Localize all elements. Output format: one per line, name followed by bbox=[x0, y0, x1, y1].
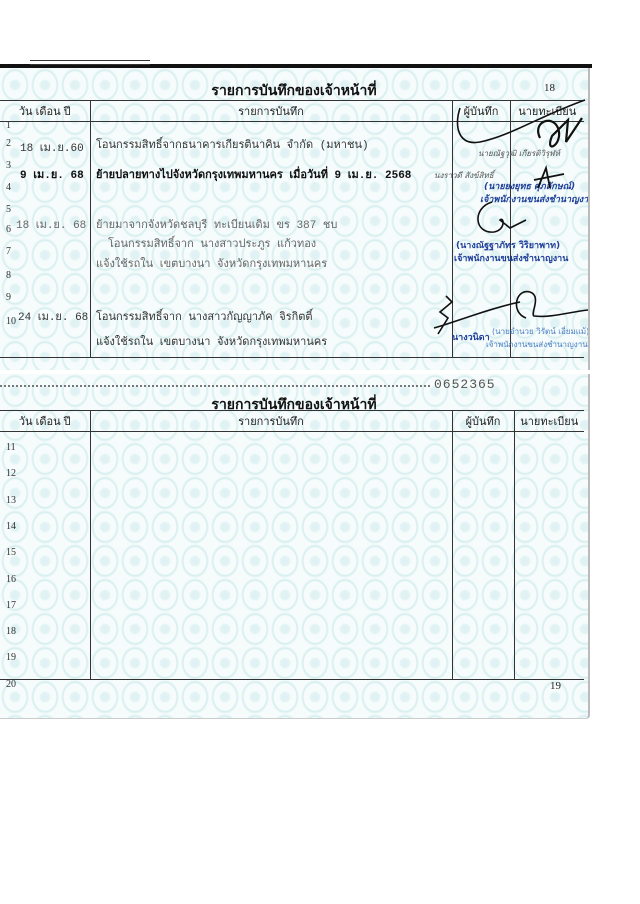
row-number: 17 bbox=[6, 600, 16, 611]
row-number: 13 bbox=[6, 495, 16, 506]
signature-2 bbox=[530, 166, 570, 196]
row-number: 6 bbox=[6, 224, 11, 235]
row-number: 12 bbox=[6, 468, 16, 479]
serial-number: 0652365 bbox=[434, 377, 496, 392]
row-number: 7 bbox=[6, 246, 11, 257]
row-number: 16 bbox=[6, 574, 16, 585]
signature-4 bbox=[430, 288, 590, 338]
entry-text: ย้ายมาจากจังหวัดชลบุรี ทะเบียนเดิม ขร 38… bbox=[96, 215, 337, 233]
row-number: 5 bbox=[6, 204, 11, 215]
page-number: 18 bbox=[544, 82, 555, 94]
entry-date: 18 เม.ย.60 bbox=[20, 138, 84, 156]
col-entry: รายการบันทึก bbox=[90, 101, 452, 122]
row-number: 14 bbox=[6, 521, 16, 532]
col-entry: รายการบันทึก bbox=[90, 411, 452, 432]
row-number: 10 bbox=[6, 316, 16, 327]
page-tab bbox=[30, 60, 150, 65]
entry-text: โอนกรรมสิทธิ์จาก นางสาวกัญญาภัค จิรกิตติ… bbox=[96, 307, 313, 325]
row-number: 9 bbox=[6, 292, 11, 303]
record-table: วัน เดือน ปี รายการบันทึก ผู้บันทึก นายท… bbox=[0, 410, 584, 680]
row-number: 15 bbox=[6, 547, 16, 558]
entry-text: โอนกรรมสิทธิ์จากธนาคารเกียรตินาคิน จำกัด… bbox=[96, 135, 369, 153]
row-number: 3 bbox=[6, 160, 11, 171]
entry-text: แจ้งใช้รถใน เขตบางนา จังหวัดกรุงเทพมหานค… bbox=[96, 254, 327, 272]
signature-1 bbox=[440, 96, 590, 166]
row-number: 4 bbox=[6, 182, 11, 193]
row-number: 2 bbox=[6, 138, 11, 149]
signature-3 bbox=[470, 198, 540, 238]
col-recorder: ผู้บันทึก bbox=[452, 411, 514, 432]
record-page-19: 0652365 รายการบันทึกของเจ้าหน้าที่ วัน เ… bbox=[0, 374, 590, 719]
entry-date: 18 เม.ย. 68 bbox=[16, 215, 86, 233]
row-number: 8 bbox=[6, 270, 11, 281]
stamp-officer-3-title: เจ้าพนักงานขนส่งชำนาญงาน bbox=[454, 251, 568, 265]
entry-date: 24 เม.ย. 68 bbox=[18, 307, 88, 325]
row-number: 1 bbox=[6, 120, 11, 131]
row-number: 19 bbox=[6, 652, 16, 663]
row-number: 20 bbox=[6, 679, 16, 690]
record-page-18: รายการบันทึกของเจ้าหน้าที่ 18 วัน เดือน … bbox=[0, 68, 590, 370]
perforation-dots bbox=[0, 385, 430, 389]
entry-date: 9 เม.ย. 68 bbox=[20, 165, 84, 183]
col-date: วัน เดือน ปี bbox=[0, 101, 90, 122]
col-date: วัน เดือน ปี bbox=[0, 411, 90, 432]
row-number: 18 bbox=[6, 626, 16, 637]
stamp-officer-3-name: (นางณัฐฐาภัทร วิริยาพาท) bbox=[456, 238, 560, 252]
page-number: 19 bbox=[550, 680, 561, 692]
stamp-officer-4-title: เจ้าพนักงานขนส่งชำนาญงาน bbox=[486, 338, 588, 351]
entry-text: แจ้งใช้รถใน เขตบางนา จังหวัดกรุงเทพมหานค… bbox=[96, 332, 327, 350]
entry-text: โอนกรรมสิทธิ์จาก นางสาวประภูร แก้วทอง bbox=[108, 234, 316, 252]
entry-text: ย้ายปลายทางไปจังหวัดกรุงเทพมหานคร เมื่อว… bbox=[96, 165, 411, 183]
row-number: 11 bbox=[6, 442, 16, 453]
col-registrar: นายทะเบียน bbox=[514, 411, 584, 432]
